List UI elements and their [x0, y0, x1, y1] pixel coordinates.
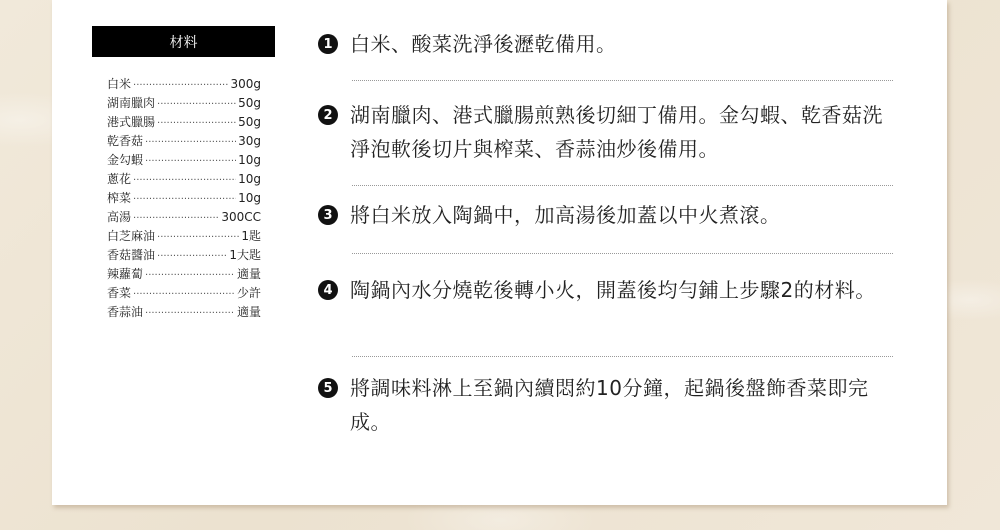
ingredient-qty: 300g: [230, 77, 261, 91]
dot-leader: [133, 80, 228, 91]
ingredient-row: 蔥花10g: [107, 170, 261, 189]
dot-leader: [133, 213, 219, 224]
step-number-badge: 1: [318, 34, 338, 54]
step-number-badge: 2: [318, 105, 338, 125]
ingredient-row: 辣蘿蔔適量: [107, 265, 261, 284]
step-2: 2 湖南臘肉、港式臘腸煎熟後切細丁備用。金勾蝦、乾香菇洗淨泡軟後切片與榨菜、香蒜…: [318, 98, 898, 166]
step-text: 將白米放入陶鍋中，加高湯後加蓋以中火煮滾。: [350, 198, 895, 232]
step-text: 湖南臘肉、港式臘腸煎熟後切細丁備用。金勾蝦、乾香菇洗淨泡軟後切片與榨菜、香蒜油炒…: [350, 98, 895, 166]
ingredient-row: 白芝麻油1匙: [107, 227, 261, 246]
step-4: 4 陶鍋內水分燒乾後轉小火，開蓋後均勻鋪上步驟2的材料。: [318, 273, 898, 307]
step-5: 5 將調味料淋上至鍋內續悶約10分鐘，起鍋後盤飾香菜即完成。: [318, 371, 898, 439]
ingredient-name: 白芝麻油: [107, 227, 155, 244]
ingredient-name: 金勾蝦: [107, 151, 143, 168]
dot-leader: [157, 118, 236, 129]
ingredient-row: 湖南臘肉50g: [107, 94, 261, 113]
ingredient-name: 香菇醬油: [107, 246, 155, 263]
step-text: 白米、酸菜洗淨後瀝乾備用。: [350, 27, 895, 61]
ingredient-name: 香蒜油: [107, 303, 143, 320]
dot-leader: [145, 156, 236, 167]
step-number-badge: 4: [318, 280, 338, 300]
dot-leader: [145, 270, 235, 281]
step-separator: [352, 253, 893, 254]
ingredient-row: 榨菜10g: [107, 189, 261, 208]
ingredient-name: 高湯: [107, 208, 131, 225]
ingredient-qty: 適量: [237, 265, 261, 282]
ingredient-row: 港式臘腸50g: [107, 113, 261, 132]
ingredient-qty: 10g: [238, 153, 261, 167]
step-text: 將調味料淋上至鍋內續悶約10分鐘，起鍋後盤飾香菜即完成。: [350, 371, 895, 439]
dot-leader: [145, 308, 235, 319]
ingredient-row: 香菜少許: [107, 284, 261, 303]
ingredient-name: 榨菜: [107, 189, 131, 206]
dot-leader: [157, 232, 239, 243]
step-1: 1 白米、酸菜洗淨後瀝乾備用。: [318, 27, 898, 61]
ingredient-row: 白米300g: [107, 75, 261, 94]
dot-leader: [157, 99, 236, 110]
step-3: 3 將白米放入陶鍋中，加高湯後加蓋以中火煮滾。: [318, 198, 898, 232]
step-separator: [352, 80, 893, 81]
step-number-badge: 5: [318, 378, 338, 398]
ingredients-list: 白米300g 湖南臘肉50g 港式臘腸50g 乾香菇30g 金勾蝦10g 蔥花1…: [107, 75, 261, 322]
ingredient-name: 湖南臘肉: [107, 94, 155, 111]
ingredient-name: 蔥花: [107, 170, 131, 187]
ingredient-name: 白米: [107, 75, 131, 92]
ingredient-qty: 10g: [238, 172, 261, 186]
ingredient-row: 高湯300CC: [107, 208, 261, 227]
dot-leader: [133, 194, 236, 205]
step-separator: [352, 185, 893, 186]
step-text: 陶鍋內水分燒乾後轉小火，開蓋後均勻鋪上步驟2的材料。: [350, 273, 895, 307]
ingredient-row: 香蒜油適量: [107, 303, 261, 322]
ingredients-title: 材料: [92, 26, 275, 57]
ingredient-qty: 30g: [238, 134, 261, 148]
recipe-panel: 材料 白米300g 湖南臘肉50g 港式臘腸50g 乾香菇30g 金勾蝦10g …: [52, 0, 947, 505]
ingredient-row: 香菇醬油1大匙: [107, 246, 261, 265]
ingredient-qty: 1匙: [241, 227, 261, 244]
dot-leader: [145, 137, 236, 148]
ingredient-row: 金勾蝦10g: [107, 151, 261, 170]
dot-leader: [133, 289, 235, 300]
ingredient-qty: 50g: [238, 115, 261, 129]
ingredient-name: 香菜: [107, 284, 131, 301]
ingredient-qty: 1大匙: [229, 246, 261, 263]
step-number-badge: 3: [318, 205, 338, 225]
ingredient-name: 乾香菇: [107, 132, 143, 149]
dot-leader: [133, 175, 236, 186]
step-separator: [352, 356, 893, 357]
ingredient-row: 乾香菇30g: [107, 132, 261, 151]
ingredient-qty: 10g: [238, 191, 261, 205]
ingredient-name: 辣蘿蔔: [107, 265, 143, 282]
ingredient-name: 港式臘腸: [107, 113, 155, 130]
ingredient-qty: 300CC: [221, 210, 261, 224]
ingredient-qty: 50g: [238, 96, 261, 110]
ingredient-qty: 少許: [237, 284, 261, 301]
ingredient-qty: 適量: [237, 303, 261, 320]
dot-leader: [157, 251, 227, 262]
